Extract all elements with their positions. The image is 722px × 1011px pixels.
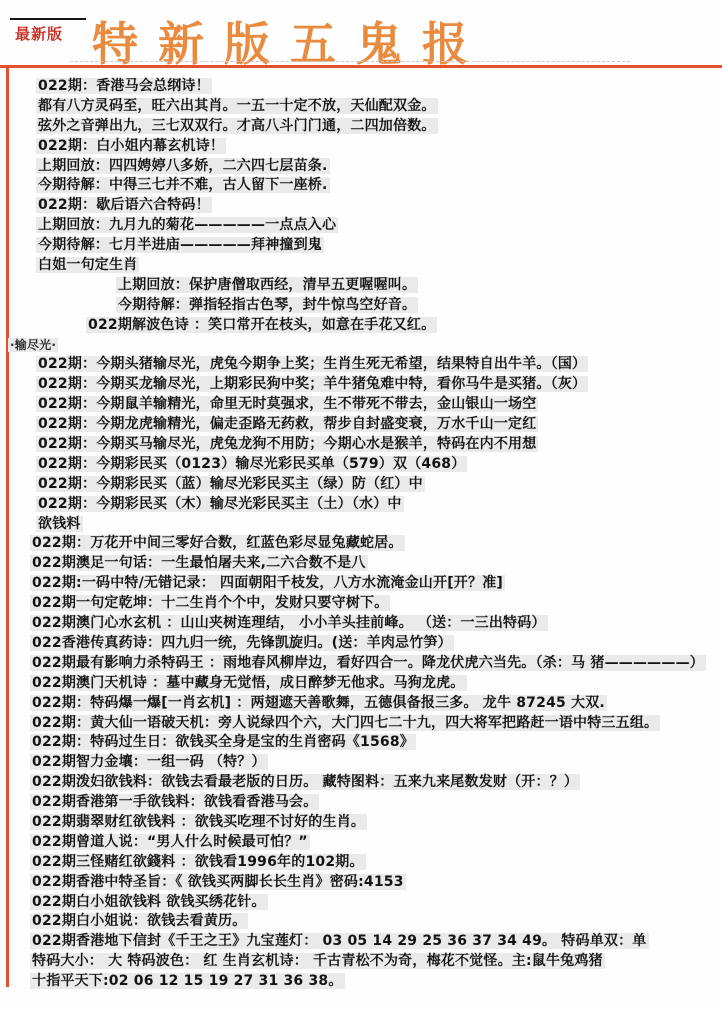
text-line: 上期回放：保护唐僧取西经，清早五更喔喔叫。 xyxy=(116,276,720,296)
text-line: 今期待解：七月半进庙—————拜神撞到鬼 xyxy=(36,236,720,256)
line-text: 022期：今期头猪输尽光，虎兔今期争上奖；生肖生死无希望，结果特自出牛羊。（国） xyxy=(36,356,588,372)
line-text: 022期：今期龙虎输精光，偏走歪路无药救，帮步自封盛变衰，万水千山一定红 xyxy=(36,416,538,432)
line-text: 022期：特码爆一爆[一肖玄机] ：两翅遮天善歌舞，五德俱备报三多。 龙牛 87… xyxy=(30,695,607,711)
text-line: 022期白小姐欲钱料 欲钱买绣花针。 xyxy=(30,893,720,913)
text-line: 022期：今期鼠羊输精光，命里无时莫强求，生不带死不带去，金山银山一场空 xyxy=(36,395,720,415)
text-line: 022期曾道人说：“男人什么时候最可怕？” xyxy=(30,833,720,853)
text-line: 上期回放：四四娉婷八多娇，二六四七层苗条. xyxy=(36,157,720,177)
text-line: 022期：今期彩民买（木）输尽光彩民买主（土）（水）中 xyxy=(36,495,720,515)
text-line: 特码大小： 大 特码波色： 红 生肖玄机诗： 千古青松不为奇，梅花不觉怪。主:鼠… xyxy=(30,952,720,972)
title-underline-dashes xyxy=(70,60,630,62)
text-line: 022期澳门心水玄机 ：山山夹树连理结， 小小羊头挂前峰。 （送：一三出特码） xyxy=(30,614,720,634)
line-text: 今期待解：七月半进庙—————拜神撞到鬼 xyxy=(36,237,324,253)
text-line: 欲钱料 xyxy=(36,515,720,535)
text-line: 022期智力金壤：一组一码 （特？） xyxy=(30,753,720,773)
text-line: 十指平天下:02 06 12 15 19 27 31 36 38。 xyxy=(30,972,720,992)
line-text: 022期智力金壤：一组一码 （特？） xyxy=(30,754,268,770)
line-text: 特码大小： 大 特码波色： 红 生肖玄机诗： 千古青松不为奇，梅花不觉怪。主:鼠… xyxy=(30,953,605,969)
line-text: 022期最有影响力杀特码王 ：雨地春风柳岸边，看好四合一。降龙伏虎六当先。（杀：… xyxy=(30,655,706,671)
text-line: 022期一句定乾坤：十二生肖个个中，发财只要守树下。 xyxy=(30,594,720,614)
text-line: 022期香港第一手欲钱料：欲钱看香港马会。 xyxy=(30,793,720,813)
text-line: 022期：特码爆一爆[一肖玄机] ：两翅遮天善歌舞，五德俱备报三多。 龙牛 87… xyxy=(30,694,720,714)
text-line: 022期：今期头猪输尽光，虎兔今期争上奖；生肖生死无希望，结果特自出牛羊。（国） xyxy=(36,355,720,375)
body-text-column: 022期：香港马会总纲诗！都有八方灵码至，旺六出其肖。一五一十定不放，天仙配双金… xyxy=(36,77,720,992)
line-text: 022期一句定乾坤：十二生肖个个中，发财只要守树下。 xyxy=(30,595,390,611)
line-text: 022期曾道人说：“男人什么时候最可怕？” xyxy=(30,834,310,850)
line-text: 022期翡翠财红欲钱料 ：欲钱买吃理不讨好的生肖。 xyxy=(30,814,367,830)
line-text: 022期香港地下信封《千王之王》九宝莲灯： 03 05 14 29 25 36 … xyxy=(30,933,649,949)
line-text: 022期澳门天机诗 ：墓中藏身无觉悟，成日醉梦无他求。马狗龙虎。 xyxy=(30,675,467,691)
text-line: 上期回放：九月九的菊花—————一点点入心 xyxy=(36,216,720,236)
text-line: 022期最有影响力杀特码王 ：雨地春风柳岸边，看好四合一。降龙伏虎六当先。（杀：… xyxy=(30,654,720,674)
text-line: 都有八方灵码至，旺六出其肖。一五一十定不放，天仙配双金。 xyxy=(36,97,720,117)
top-red-rule xyxy=(0,65,722,68)
text-line: 022期：今期彩民买（0123）输尽光彩民买单（579）双（468） xyxy=(36,455,720,475)
line-text: 上期回放：保护唐僧取西经，清早五更喔喔叫。 xyxy=(116,277,418,293)
line-text: 022期：香港马会总纲诗！ xyxy=(36,78,212,94)
text-line: 022期翡翠财红欲钱料 ：欲钱买吃理不讨好的生肖。 xyxy=(30,813,720,833)
text-line: 022香港传真药诗：四九归一统，先锋凯旋归。(送：羊肉忌竹笋） xyxy=(30,634,720,654)
line-text: 022期澳足一句话：一生最怕屠夫来,二六合数不是八 xyxy=(30,555,368,571)
left-red-rule xyxy=(6,65,9,987)
line-text: 022期香港中特圣旨：《 欲钱买两脚长长生肖》密码:4153 xyxy=(30,874,406,890)
line-text: 022期：白小姐内幕玄机诗！ xyxy=(36,138,226,154)
line-text: 022期香港第一手欲钱料：欲钱看香港马会。 xyxy=(30,794,319,810)
line-text: 022期解波色诗 ：笑口常开在枝头，如意在手花又红。 xyxy=(86,317,437,333)
text-line: 今期待解：中得三七并不难，古人留下一座桥. xyxy=(36,176,720,196)
text-line: 022期香港地下信封《千王之王》九宝莲灯： 03 05 14 29 25 36 … xyxy=(30,932,720,952)
text-line: 白姐一句定生肖 xyxy=(36,256,720,276)
text-line: ·输尽光· xyxy=(8,336,720,356)
edition-badge: 最新版 xyxy=(15,23,63,44)
line-text: 白姐一句定生肖 xyxy=(36,257,139,273)
line-text: 022期：今期买马输尽光，虎兔龙狗不用防；今期心水是猴羊，特码在内不用想 xyxy=(36,436,538,452)
text-line: 今期待解：弹指轻指古色琴，封牛惊鸟空好音。 xyxy=(116,296,720,316)
line-text: 上期回放：九月九的菊花—————一点点入心 xyxy=(36,217,338,233)
text-line: 022期：香港马会总纲诗！ xyxy=(36,77,720,97)
line-text: 022期：万花开中间三零好合数，红蓝色彩尽显兔藏蛇居。 xyxy=(30,535,405,551)
line-text: 022期：今期彩民买（蓝）输尽光彩民买主（绿）防（红）中 xyxy=(36,476,425,492)
line-text: 今期待解：弹指轻指古色琴，封牛惊鸟空好音。 xyxy=(116,297,418,313)
line-text: 022期泼妇欲钱料：欲钱去看最老版的日历。 藏特图料：五来九来尾数发财（开：？） xyxy=(30,774,580,790)
text-line: 022期：今期买马输尽光，虎兔龙狗不用防；今期心水是猴羊，特码在内不用想 xyxy=(36,435,720,455)
line-text: 今期待解：中得三七并不难，古人留下一座桥. xyxy=(36,177,330,193)
line-text: 022香港传真药诗：四九归一统，先锋凯旋归。(送：羊肉忌竹笋） xyxy=(30,635,454,651)
text-line: 022期：万花开中间三零好合数，红蓝色彩尽显兔藏蛇居。 xyxy=(30,534,720,554)
text-line: 022期解波色诗 ：笑口常开在枝头，如意在手花又红。 xyxy=(86,316,720,336)
wuguibao-page: 最新版 特新版五鬼报 022期：香港马会总纲诗！都有八方灵码至，旺六出其肖。一五… xyxy=(0,0,722,1011)
line-text: 022期澳门心水玄机 ：山山夹树连理结， 小小羊头挂前峰。 （送：一三出特码） xyxy=(30,615,548,631)
line-text: 022期：今期买龙输尽光，上期彩民狗中奖；羊牛猪兔难中特，看你马牛是买猪。（灰） xyxy=(36,376,588,392)
text-line: 022期:一码中特/无错记录： 四面朝阳千枝发，八方水流淹金山开[开？准] xyxy=(30,574,720,594)
line-text: 上期回放：四四娉婷八多娇，二六四七层苗条. xyxy=(36,158,330,174)
line-text: 欲钱料 xyxy=(36,516,83,532)
text-line: 022期澳足一句话：一生最怕屠夫来,二六合数不是八 xyxy=(30,554,720,574)
line-text: 022期三怪赌红欲錢料 ：欲钱看1996年的102期。 xyxy=(30,854,366,870)
text-line: 022期：今期买龙输尽光，上期彩民狗中奖；羊牛猪兔难中特，看你马牛是买猪。（灰） xyxy=(36,375,720,395)
line-text: 022期：今期鼠羊输精光，命里无时莫强求，生不带死不带去，金山银山一场空 xyxy=(36,396,538,412)
text-line: 022期：今期龙虎输精光，偏走歪路无药救，帮步自封盛变衰，万水千山一定红 xyxy=(36,415,720,435)
line-text: 022期白小姐说：欲钱去看黄历。 xyxy=(30,913,248,929)
badge-topline-divider xyxy=(10,18,86,20)
text-line: 弦外之音弹出九，三七双双行。才高八斗门门通，二四加倍数。 xyxy=(36,117,720,137)
text-line: 022期白小姐说：欲钱去看黄历。 xyxy=(30,912,720,932)
line-text: 022期：歇后语六合特码！ xyxy=(36,197,212,213)
line-text: 022期:一码中特/无错记录： 四面朝阳千枝发，八方水流淹金山开[开？准] xyxy=(30,575,505,591)
line-text: 都有八方灵码至，旺六出其肖。一五一十定不放，天仙配双金。 xyxy=(36,98,438,114)
text-line: 022期：歇后语六合特码！ xyxy=(36,196,720,216)
line-text: 022期白小姐欲钱料 欲钱买绣花针。 xyxy=(30,894,268,910)
line-text: ·输尽光· xyxy=(8,338,58,352)
text-line: 022期三怪赌红欲錢料 ：欲钱看1996年的102期。 xyxy=(30,853,720,873)
line-text: 弦外之音弹出九，三七双双行。才高八斗门门通，二四加倍数。 xyxy=(36,118,438,134)
line-text: 022期：特码过生日：欲钱买全身是宝的生肖密码《1568》 xyxy=(30,734,416,750)
text-line: 022期香港中特圣旨：《 欲钱买两脚长长生肖》密码:4153 xyxy=(30,873,720,893)
text-line: 022期：黄大仙一语破天机：旁人说绿四个六，大门四七二十九，四大将军把路赶一语中… xyxy=(30,714,720,734)
line-text: 022期：黄大仙一语破天机：旁人说绿四个六，大门四七二十九，四大将军把路赶一语中… xyxy=(30,715,660,731)
line-text: 022期：今期彩民买（0123）输尽光彩民买单（579）双（468） xyxy=(36,456,467,472)
text-line: 022期：今期彩民买（蓝）输尽光彩民买主（绿）防（红）中 xyxy=(36,475,720,495)
text-line: 022期澳门天机诗 ：墓中藏身无觉悟，成日醉梦无他求。马狗龙虎。 xyxy=(30,674,720,694)
text-line: 022期：白小姐内幕玄机诗！ xyxy=(36,137,720,157)
line-text: 022期：今期彩民买（木）输尽光彩民买主（土）（水）中 xyxy=(36,496,404,512)
line-text: 十指平天下:02 06 12 15 19 27 31 36 38。 xyxy=(30,973,345,989)
text-line: 022期：特码过生日：欲钱买全身是宝的生肖密码《1568》 xyxy=(30,733,720,753)
text-line: 022期泼妇欲钱料：欲钱去看最老版的日历。 藏特图料：五来九来尾数发财（开：？） xyxy=(30,773,720,793)
